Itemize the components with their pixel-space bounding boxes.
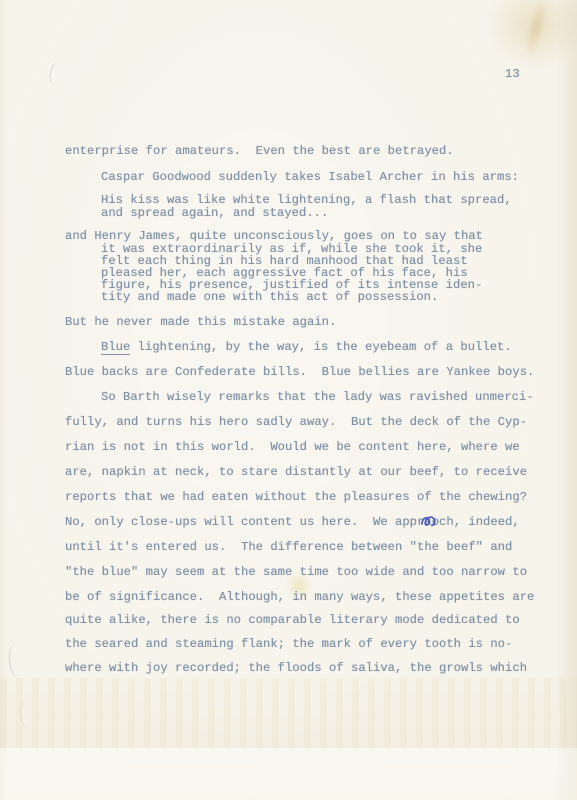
blue-ink-scribble-icon (420, 512, 438, 530)
typed-text-segment: and spread again, and stayed... (101, 206, 328, 220)
typed-text-segment: until it's entered us. The difference be… (65, 540, 512, 554)
typed-text-segment: "the blue" may seem at the same time too… (65, 565, 527, 579)
typed-line: fully, and turns his hero sadly away. Bu… (65, 416, 527, 429)
typed-text-segment: Blue backs are Confederate bills. Blue b… (65, 365, 534, 379)
typed-line: until it's entered us. The difference be… (65, 541, 512, 554)
typed-line: So Barth wisely remarks that the lady wa… (101, 391, 534, 404)
typed-text-segment: No, only close-ups will content us here.… (65, 515, 424, 529)
typed-line: enterprise for amateurs. Even the best a… (65, 145, 454, 158)
typed-line: are, napkin at neck, to stare distantly … (65, 466, 527, 479)
underlined-word: Blue (101, 340, 130, 356)
typed-line: quite alike, there is no comparable lite… (65, 614, 520, 627)
typed-line: reports that we had eaten without the pl… (65, 491, 527, 504)
typed-line: where with joy recorded; the floods of s… (65, 662, 527, 675)
typed-text-segment: quite alike, there is no comparable lite… (65, 613, 520, 627)
typed-line: Blue lightening, by the way, is the eyeb… (101, 341, 512, 354)
typed-text-segment: tity and made one with this act of posse… (101, 290, 438, 304)
typed-line: rian is not in this world. Would we be c… (65, 441, 520, 454)
typed-text-segment: So Barth wisely remarks that the lady wa… (101, 390, 534, 404)
paper-texture-band (0, 678, 577, 748)
typed-text-segment: and Henry James, quite unconsciously, go… (65, 229, 483, 243)
handwritten-ink-correction: a (424, 516, 431, 529)
typed-line: be of significance. Although, in many wa… (65, 591, 534, 604)
typed-line: tity and made one with this act of posse… (101, 291, 438, 304)
typed-text-segment: be of significance. Although, in many wa… (65, 590, 534, 604)
typed-line: and Henry James, quite unconsciously, go… (65, 230, 483, 243)
page-number: 13 (505, 67, 520, 81)
typed-text-segment: Caspar Goodwood suddenly takes Isabel Ar… (101, 170, 519, 184)
paper-foot-band (0, 748, 577, 800)
typed-line: Caspar Goodwood suddenly takes Isabel Ar… (101, 171, 519, 184)
typed-text-segment: where with joy recorded; the floods of s… (65, 661, 527, 675)
typed-text-segment: enterprise for amateurs. Even the best a… (65, 144, 454, 158)
pencil-mark-bottom-left (7, 642, 29, 680)
typed-text-segment: are, napkin at neck, to stare distantly … (65, 465, 527, 479)
typed-line: Blue backs are Confederate bills. Blue b… (65, 366, 534, 379)
typed-text-segment: reports that we had eaten without the pl… (65, 490, 527, 504)
pencil-mark-top-left (48, 62, 62, 85)
typed-line: But he never made this mistake again. (65, 316, 336, 329)
typed-text-segment: lightening, by the way, is the eyebeam o… (130, 340, 511, 354)
typed-line: "the blue" may seem at the same time too… (65, 566, 527, 579)
typed-line: the seared and steaming flank; the mark … (65, 638, 512, 651)
typed-text-segment: His kiss was like white lightening, a fl… (101, 193, 512, 207)
typed-text-segment: och, indeed, (432, 515, 520, 529)
typed-line: and spread again, and stayed... (101, 207, 328, 220)
age-stain-top-right-streak (520, 0, 551, 61)
typed-text-segment: fully, and turns his hero sadly away. Bu… (65, 415, 527, 429)
typed-text-segment: But he never made this mistake again. (65, 315, 336, 329)
typed-text-segment: rian is not in this world. Would we be c… (65, 440, 520, 454)
typed-line: No, only close-ups will content us here.… (65, 516, 520, 529)
typed-text-segment: the seared and steaming flank; the mark … (65, 637, 512, 651)
manuscript-page: 13 enterprise for amateurs. Even the bes… (0, 0, 577, 800)
